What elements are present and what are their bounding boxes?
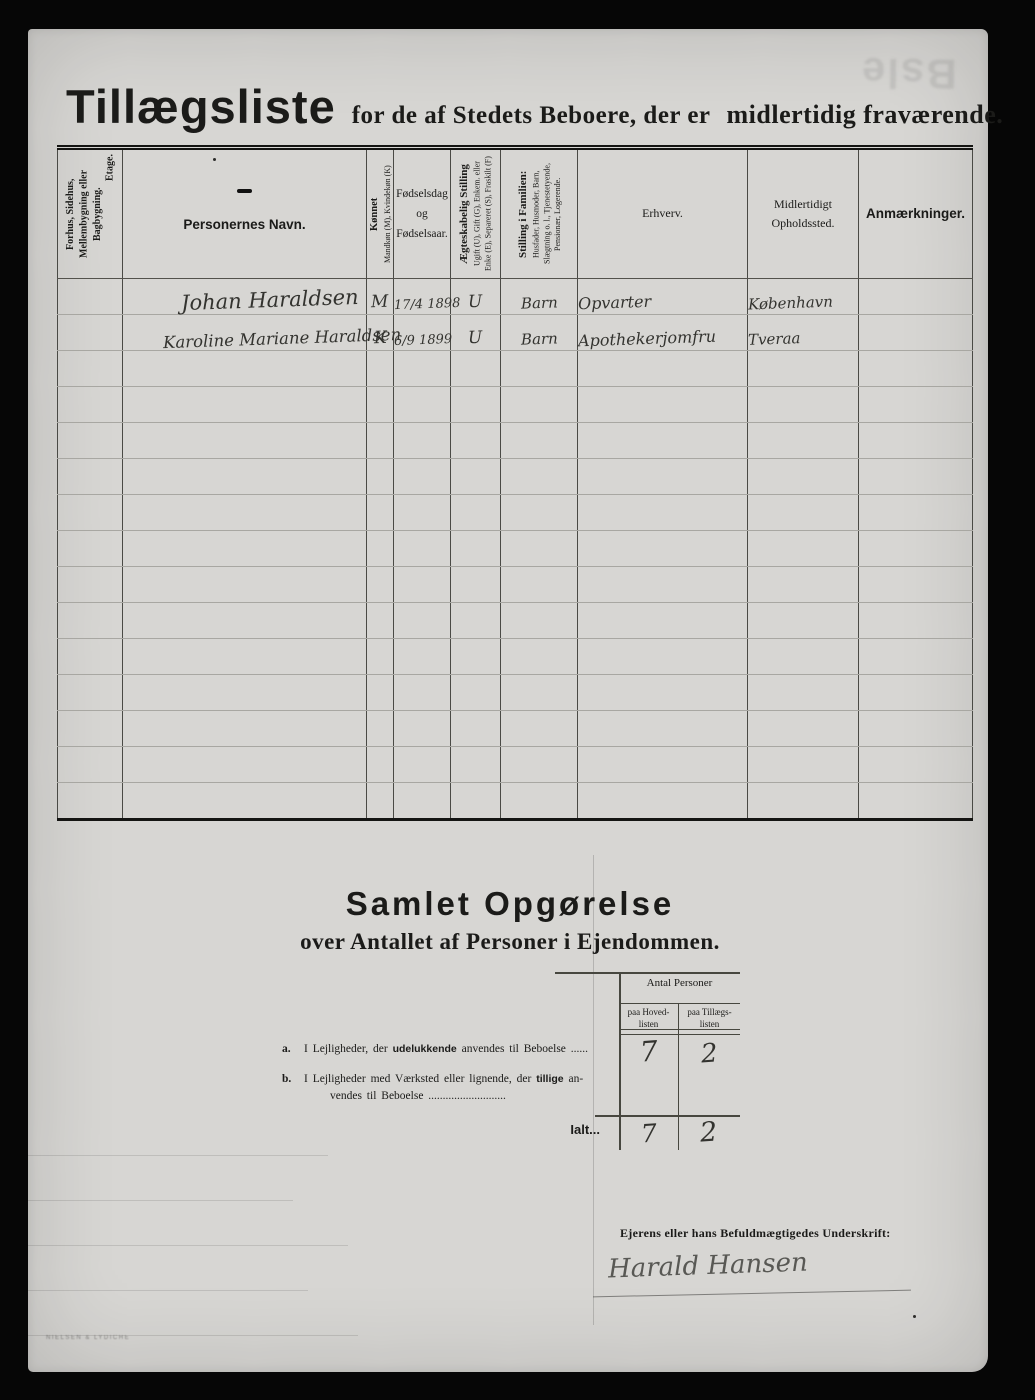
form-title: Tillægsliste for de af Stedets Beboere, … bbox=[66, 79, 974, 134]
empty-cell bbox=[451, 567, 501, 603]
empty-cell bbox=[859, 567, 973, 603]
empty-cell bbox=[394, 531, 451, 567]
entry-marital: U bbox=[468, 292, 483, 312]
empty-cell bbox=[748, 423, 859, 459]
building-header-text: Forhus, Sidehus, Mellembygning eller Bag… bbox=[64, 154, 105, 274]
cell-occupation: Opvarter bbox=[578, 279, 748, 315]
entry-marital: U bbox=[468, 328, 483, 348]
column-header-sex: Kønnet Mandkøn (M), Kvindekøn (K) bbox=[367, 148, 394, 279]
row-a-bold: udelukkende bbox=[393, 1043, 457, 1055]
cell-marital: U bbox=[451, 315, 501, 351]
empty-cell bbox=[451, 639, 501, 675]
empty-cell bbox=[501, 567, 578, 603]
summary-rule-under-group bbox=[619, 1003, 740, 1004]
empty-cell bbox=[451, 423, 501, 459]
empty-cell bbox=[578, 747, 748, 783]
empty-cell bbox=[748, 747, 859, 783]
marital-header-title: Ægteskabelig Stilling bbox=[456, 154, 473, 274]
occupation-header-text: Erhverv. bbox=[642, 206, 683, 220]
summary-row-a-label: a. bbox=[282, 1043, 291, 1055]
remarks-header-text: Anmærkninger. bbox=[866, 206, 965, 221]
table-row-empty bbox=[58, 747, 973, 783]
empty-cell bbox=[578, 387, 748, 423]
empty-cell bbox=[748, 351, 859, 387]
row-a-pre: I Lejligheder, der bbox=[304, 1043, 393, 1055]
summary-subheading: over Antallet af Personer i Ejendommen. bbox=[280, 929, 740, 955]
row-b-pre: I Lejligheder med Værksted eller lignend… bbox=[304, 1073, 536, 1085]
empty-cell bbox=[748, 495, 859, 531]
empty-cell bbox=[58, 639, 123, 675]
empty-cell bbox=[367, 423, 394, 459]
empty-cell bbox=[859, 783, 973, 820]
table-row-person: Karoline Mariane Haraldsen K 6/9 1899 U … bbox=[58, 315, 973, 351]
empty-cell bbox=[578, 351, 748, 387]
empty-cell bbox=[859, 531, 973, 567]
empty-cell bbox=[367, 711, 394, 747]
sex-header-title: Kønnet bbox=[367, 154, 382, 274]
empty-cell bbox=[859, 495, 973, 531]
empty-cell bbox=[748, 459, 859, 495]
empty-cell bbox=[451, 783, 501, 820]
column-header-family: Stilling i Familien: Husfader, Husmoder,… bbox=[501, 148, 578, 279]
empty-cell bbox=[578, 603, 748, 639]
empty-cell bbox=[367, 675, 394, 711]
cell-remarks bbox=[859, 279, 973, 315]
empty-cell bbox=[123, 423, 367, 459]
empty-cell bbox=[451, 603, 501, 639]
signature-label: Ejerens eller hans Befuldmægtigedes Unde… bbox=[620, 1226, 891, 1241]
empty-cell bbox=[748, 783, 859, 820]
empty-cell bbox=[578, 567, 748, 603]
cell-name: Johan Haraldsen bbox=[123, 279, 367, 315]
etage-header-text: Etage. bbox=[105, 154, 116, 274]
family-header-sub: Husfader, Husmoder, Barn, Slægtning o. l… bbox=[531, 154, 563, 274]
table-row-empty bbox=[58, 459, 973, 495]
empty-cell bbox=[578, 423, 748, 459]
empty-cell bbox=[748, 639, 859, 675]
census-form-page: Bsle NIELSEN & LYDICHE Tillægsliste for … bbox=[28, 29, 988, 1372]
scan-artifact-line bbox=[28, 1200, 293, 1201]
form-title-main: Tillægsliste bbox=[66, 79, 336, 134]
empty-cell bbox=[58, 711, 123, 747]
empty-cell bbox=[501, 783, 578, 820]
summary-row-b-label: b. bbox=[282, 1073, 291, 1085]
summary-rule-top bbox=[555, 972, 740, 974]
empty-cell bbox=[451, 531, 501, 567]
cell-name: Karoline Mariane Haraldsen bbox=[123, 315, 367, 351]
empty-cell bbox=[394, 459, 451, 495]
entry-sex: K bbox=[373, 328, 386, 348]
summary-value-a-hoved: 7 bbox=[619, 1035, 678, 1068]
entry-name: Karoline Mariane Haraldsen bbox=[163, 325, 402, 352]
row-a-post: anvendes til Beboelse ...... bbox=[457, 1043, 588, 1055]
empty-cell bbox=[501, 711, 578, 747]
scan-artifact-line bbox=[28, 1155, 328, 1156]
empty-cell bbox=[367, 351, 394, 387]
empty-cell bbox=[123, 675, 367, 711]
signature-text: Harald Hansen bbox=[608, 1248, 809, 1285]
form-title-mid: for de af Stedets Beboere, der er bbox=[352, 102, 711, 130]
empty-cell bbox=[501, 495, 578, 531]
name-header-text: Personernes Navn. bbox=[183, 217, 305, 232]
empty-cell bbox=[394, 603, 451, 639]
empty-cell bbox=[394, 567, 451, 603]
empty-cell bbox=[451, 387, 501, 423]
empty-cell bbox=[451, 459, 501, 495]
scan-artifact-line bbox=[28, 1290, 308, 1291]
empty-cell bbox=[859, 603, 973, 639]
empty-cell bbox=[859, 351, 973, 387]
empty-cell bbox=[501, 675, 578, 711]
empty-cell bbox=[367, 459, 394, 495]
birth-header-text: Fødselsdag og Fødselsaar. bbox=[396, 188, 448, 240]
empty-cell bbox=[451, 495, 501, 531]
cell-remarks bbox=[859, 315, 973, 351]
census-table: Forhus, Sidehus, Mellembygning eller Bag… bbox=[57, 145, 973, 821]
empty-cell bbox=[748, 567, 859, 603]
empty-cell bbox=[859, 423, 973, 459]
table-row-empty bbox=[58, 531, 973, 567]
table-row-empty bbox=[58, 783, 973, 820]
empty-cell bbox=[394, 675, 451, 711]
empty-cell bbox=[367, 783, 394, 820]
empty-cell bbox=[367, 639, 394, 675]
table-row-empty bbox=[58, 567, 973, 603]
summary-value-a-tillaeg: 2 bbox=[678, 1039, 740, 1069]
table-row-empty bbox=[58, 603, 973, 639]
summary-column-group-label: Antal Personer bbox=[619, 977, 740, 989]
cell-occupation: Apothekerjomfru bbox=[578, 315, 748, 351]
empty-cell bbox=[58, 567, 123, 603]
empty-cell bbox=[501, 423, 578, 459]
table-row-empty bbox=[58, 639, 973, 675]
empty-cell bbox=[123, 531, 367, 567]
table-row-empty bbox=[58, 495, 973, 531]
empty-cell bbox=[501, 387, 578, 423]
empty-cell bbox=[578, 639, 748, 675]
cell-sex: M bbox=[367, 279, 394, 315]
empty-cell bbox=[394, 639, 451, 675]
entry-occupation: Opvarter bbox=[578, 292, 652, 314]
empty-cell bbox=[451, 711, 501, 747]
empty-cell bbox=[451, 675, 501, 711]
summary-column-tillaegslisten: paa Tillægs- listen bbox=[679, 1007, 740, 1030]
summary-value-ialt-tillaeg: 2 bbox=[678, 1117, 740, 1148]
empty-cell bbox=[123, 387, 367, 423]
column-header-residence: Midlertidigt Opholdssted. bbox=[748, 148, 859, 279]
empty-cell bbox=[123, 783, 367, 820]
empty-cell bbox=[394, 423, 451, 459]
family-header-title: Stilling i Familien: bbox=[515, 154, 532, 274]
handwritten-count: 2 bbox=[699, 1116, 718, 1148]
empty-cell bbox=[859, 639, 973, 675]
empty-cell bbox=[748, 603, 859, 639]
empty-cell bbox=[123, 639, 367, 675]
cell-family: Barn bbox=[501, 315, 578, 351]
row-b-bold: tillige bbox=[536, 1073, 563, 1085]
summary-total-label: Ialt... bbox=[528, 1122, 600, 1137]
entry-family: Barn bbox=[520, 329, 557, 348]
empty-cell bbox=[123, 495, 367, 531]
empty-cell bbox=[58, 459, 123, 495]
entry-birth: 6/9 1899 bbox=[394, 332, 453, 349]
empty-cell bbox=[367, 387, 394, 423]
empty-cell bbox=[748, 675, 859, 711]
cell-building bbox=[58, 279, 123, 315]
empty-cell bbox=[123, 351, 367, 387]
table-row-empty bbox=[58, 387, 973, 423]
residence-header-text: Midlertidigt Opholdssted. bbox=[772, 197, 835, 230]
empty-cell bbox=[123, 567, 367, 603]
empty-cell bbox=[501, 351, 578, 387]
cell-birth: 6/9 1899 bbox=[394, 315, 451, 351]
empty-cell bbox=[367, 567, 394, 603]
column-header-remarks: Anmærkninger. bbox=[859, 148, 973, 279]
empty-cell bbox=[123, 747, 367, 783]
marital-header-sub: Ugift (U), Gift (G), Enkem. eller Enke (… bbox=[473, 154, 495, 274]
empty-cell bbox=[501, 603, 578, 639]
empty-cell bbox=[859, 387, 973, 423]
empty-cell bbox=[367, 531, 394, 567]
column-header-name: Personernes Navn. bbox=[123, 148, 367, 279]
fold-crease bbox=[593, 855, 594, 1325]
table-row-empty bbox=[58, 675, 973, 711]
printer-mark: NIELSEN & LYDICHE bbox=[46, 1335, 130, 1341]
table-row-person: Johan Haraldsen M 17/4 1898 U Barn Opvar… bbox=[58, 279, 973, 315]
empty-cell bbox=[451, 747, 501, 783]
empty-cell bbox=[501, 747, 578, 783]
empty-cell bbox=[58, 351, 123, 387]
cell-family: Barn bbox=[501, 279, 578, 315]
summary-row-a-text: I Lejligheder, der udelukkende anvendes … bbox=[304, 1043, 588, 1055]
handwritten-count: 7 bbox=[638, 1034, 658, 1068]
empty-cell bbox=[367, 603, 394, 639]
form-title-emphasis: midlertidig fraværende. bbox=[727, 100, 1004, 130]
empty-cell bbox=[58, 387, 123, 423]
empty-cell bbox=[367, 747, 394, 783]
empty-cell bbox=[501, 531, 578, 567]
empty-cell bbox=[58, 423, 123, 459]
empty-cell bbox=[578, 783, 748, 820]
table-row-empty bbox=[58, 423, 973, 459]
empty-cell bbox=[501, 639, 578, 675]
cell-birth: 17/4 1898 bbox=[394, 279, 451, 315]
empty-cell bbox=[578, 531, 748, 567]
summary-heading: Samlet Opgørelse bbox=[310, 885, 710, 923]
empty-cell bbox=[58, 603, 123, 639]
empty-cell bbox=[578, 675, 748, 711]
summary-row-b-text: I Lejligheder med Værksted eller lignend… bbox=[304, 1073, 583, 1085]
summary-row-b-line2: vendes til Beboelse ....................… bbox=[330, 1090, 506, 1102]
empty-cell bbox=[394, 711, 451, 747]
empty-cell bbox=[394, 351, 451, 387]
sex-header-sub: Mandkøn (M), Kvindekøn (K) bbox=[382, 154, 393, 274]
name-column-dash bbox=[237, 189, 252, 193]
empty-cell bbox=[58, 531, 123, 567]
empty-cell bbox=[58, 495, 123, 531]
signature-line bbox=[593, 1290, 911, 1298]
empty-cell bbox=[451, 351, 501, 387]
table-row-empty bbox=[58, 351, 973, 387]
signature-handwriting: Harald Hansen bbox=[608, 1251, 808, 1281]
cell-building bbox=[58, 315, 123, 351]
handwritten-count: 2 bbox=[700, 1038, 719, 1069]
entry-occupation: Apothekerjomfru bbox=[578, 327, 717, 351]
empty-cell bbox=[578, 495, 748, 531]
column-header-marital: Ægteskabelig Stilling Ugift (U), Gift (G… bbox=[451, 148, 501, 279]
cell-residence: Tveraa bbox=[748, 315, 859, 351]
column-header-birth: Fødselsdag og Fødselsaar. bbox=[394, 148, 451, 279]
column-header-building: Forhus, Sidehus, Mellembygning eller Bag… bbox=[58, 148, 123, 279]
empty-cell bbox=[748, 711, 859, 747]
scan-artifact-line bbox=[28, 1245, 348, 1246]
empty-cell bbox=[859, 711, 973, 747]
empty-cell bbox=[394, 747, 451, 783]
empty-cell bbox=[394, 495, 451, 531]
entry-residence: København bbox=[748, 293, 833, 314]
empty-cell bbox=[859, 675, 973, 711]
empty-cell bbox=[123, 603, 367, 639]
table-row-empty bbox=[58, 711, 973, 747]
empty-cell bbox=[859, 747, 973, 783]
empty-cell bbox=[748, 387, 859, 423]
entry-family: Barn bbox=[520, 293, 557, 312]
empty-cell bbox=[123, 711, 367, 747]
column-header-occupation: Erhverv. bbox=[578, 148, 748, 279]
ink-speck bbox=[913, 1315, 916, 1318]
empty-cell bbox=[578, 711, 748, 747]
empty-cell bbox=[748, 531, 859, 567]
empty-cell bbox=[394, 783, 451, 820]
empty-cell bbox=[123, 459, 367, 495]
entry-residence: Tveraa bbox=[748, 329, 801, 349]
empty-cell bbox=[501, 459, 578, 495]
table-body: Johan Haraldsen M 17/4 1898 U Barn Opvar… bbox=[58, 279, 973, 820]
handwritten-count: 7 bbox=[640, 1118, 658, 1148]
empty-cell bbox=[394, 387, 451, 423]
row-b-post: an- bbox=[564, 1073, 584, 1085]
entry-sex: M bbox=[371, 292, 389, 313]
empty-cell bbox=[58, 747, 123, 783]
empty-cell bbox=[367, 495, 394, 531]
entry-name: Johan Haraldsen bbox=[181, 285, 359, 315]
summary-value-ialt-hoved: 7 bbox=[619, 1119, 678, 1148]
empty-cell bbox=[859, 459, 973, 495]
empty-cell bbox=[58, 783, 123, 820]
empty-cell bbox=[578, 459, 748, 495]
entry-birth: 17/4 1898 bbox=[394, 296, 461, 313]
empty-cell bbox=[58, 675, 123, 711]
cell-residence: København bbox=[748, 279, 859, 315]
scan-canvas: { "title": { "main": "Tillægsliste", "mi… bbox=[0, 0, 1035, 1400]
header-row: Forhus, Sidehus, Mellembygning eller Bag… bbox=[58, 148, 973, 279]
summary-column-hovedlisten: paa Hoved- listen bbox=[619, 1007, 678, 1030]
